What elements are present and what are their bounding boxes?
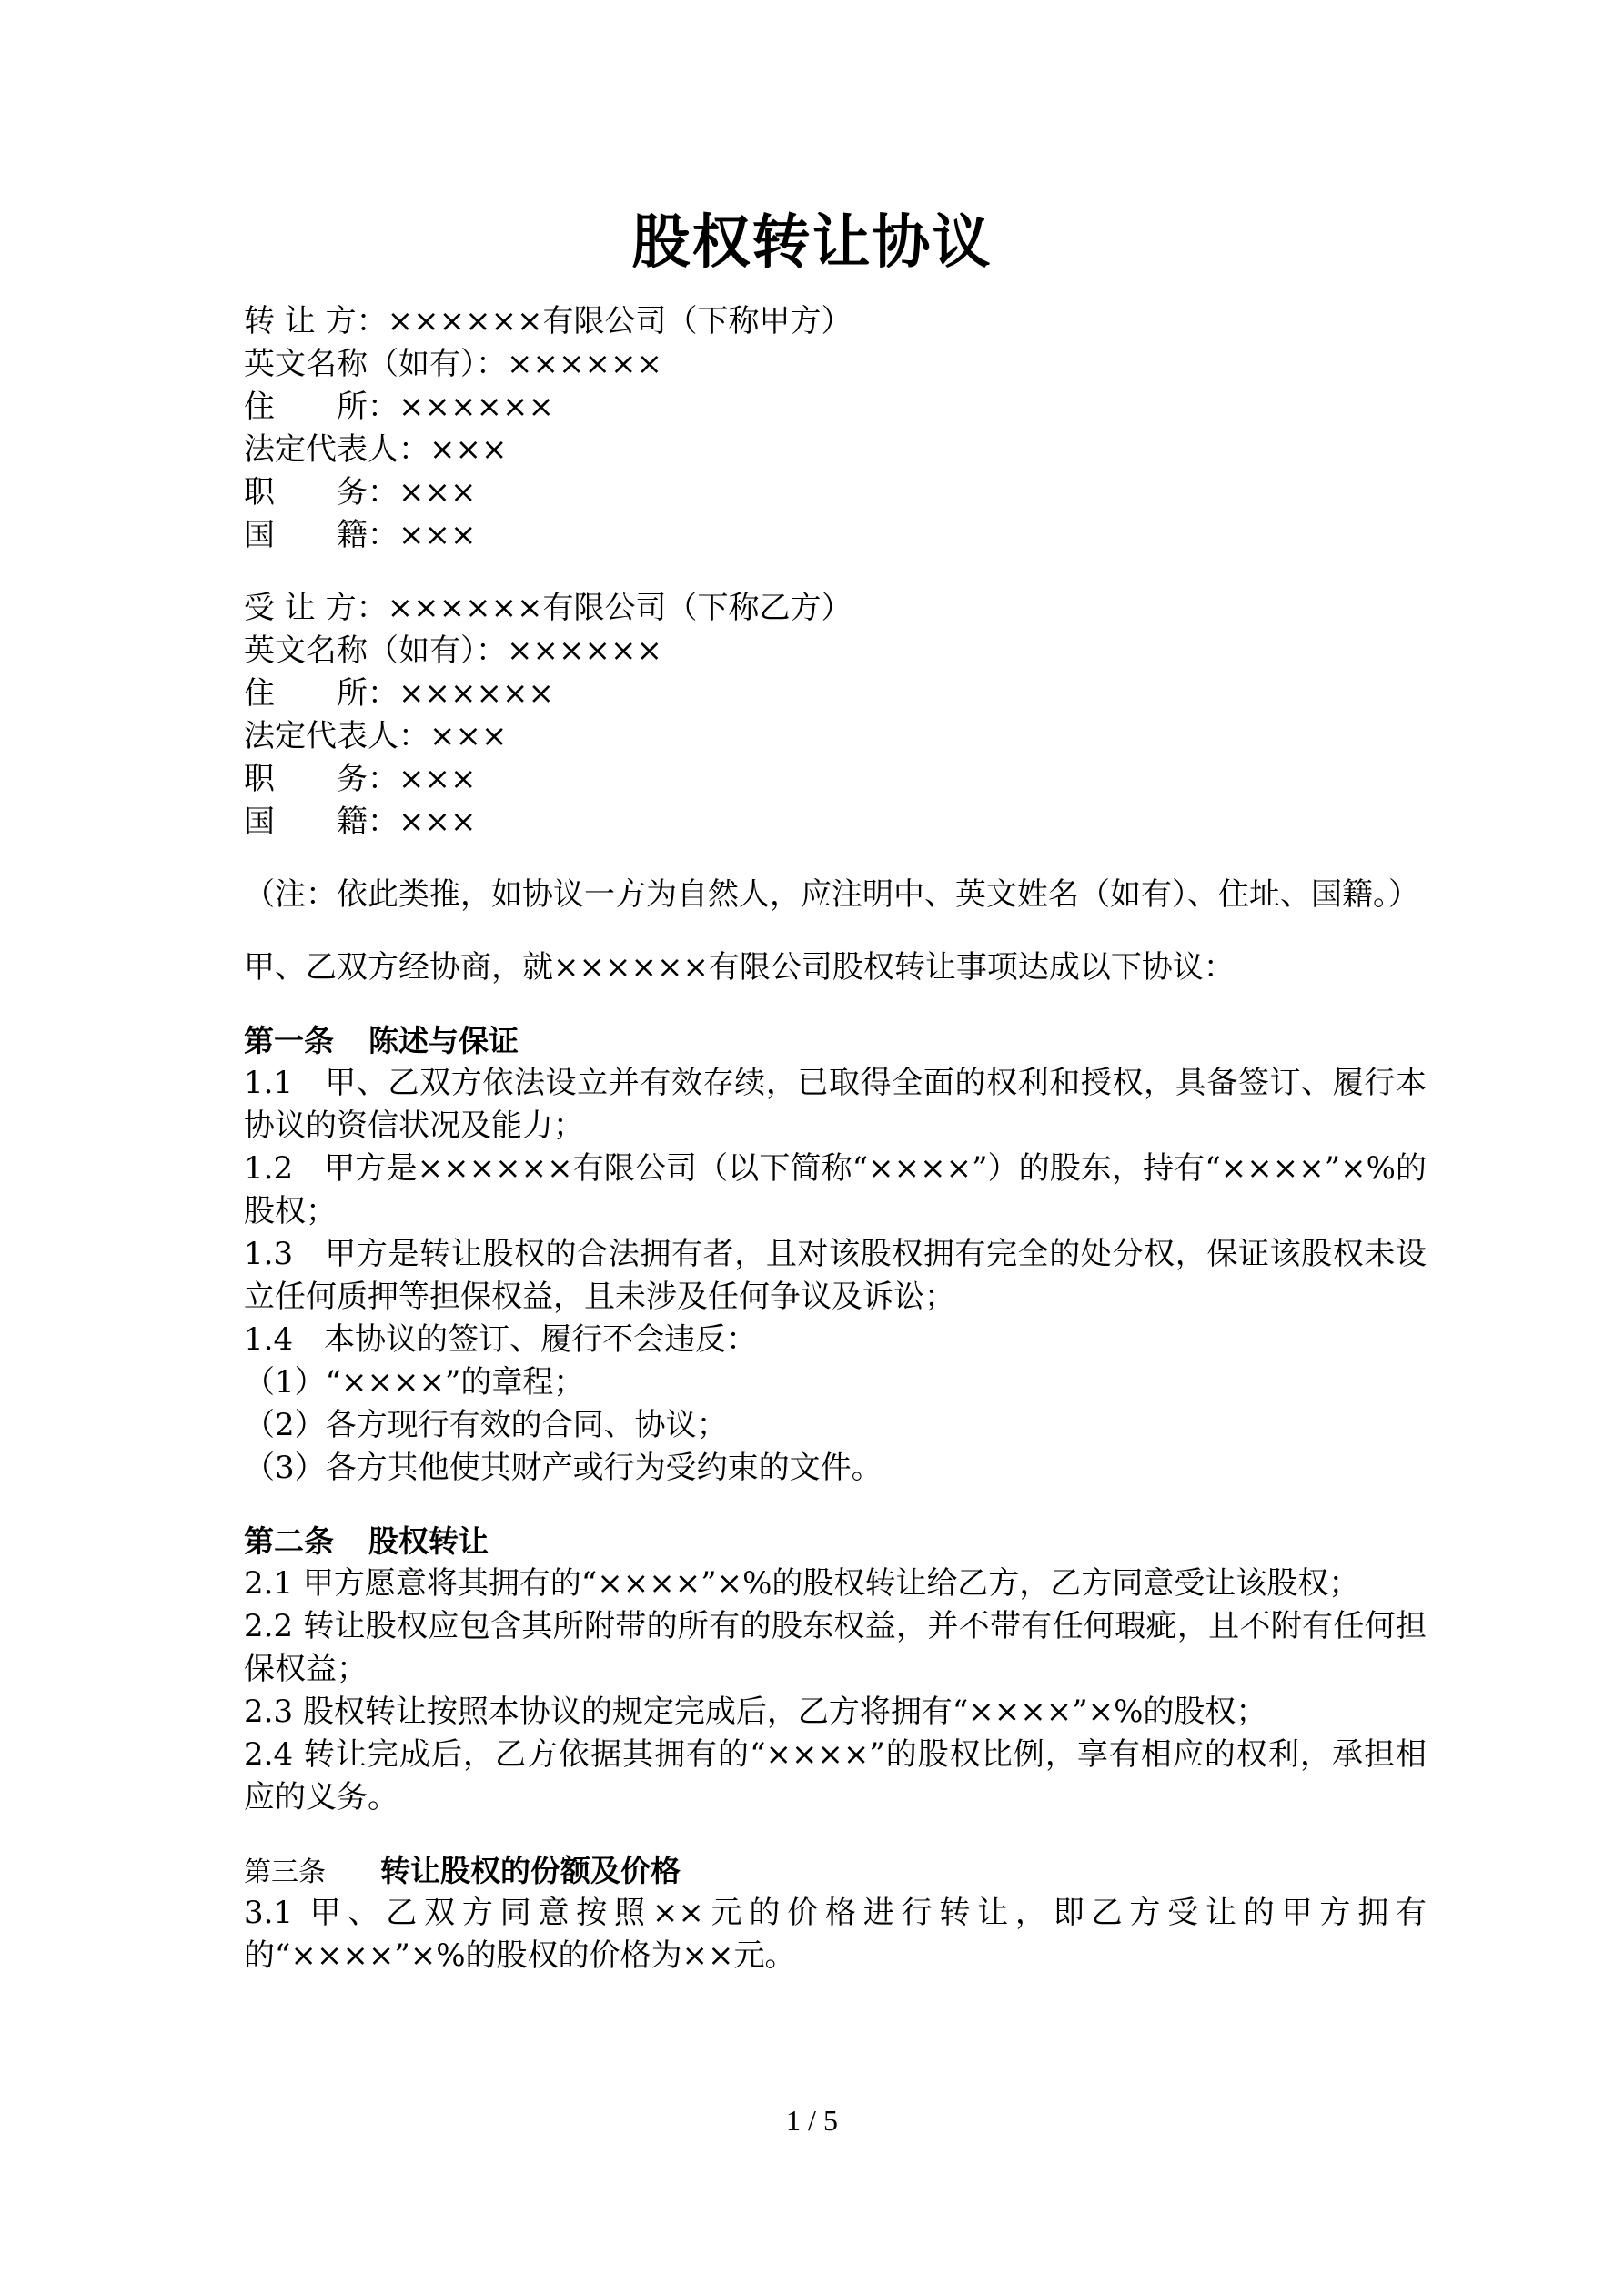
transferor-name: 转 让 方：××××××有限公司（下称甲方） <box>244 300 1427 343</box>
transferee-name: 受 让 方：××××××有限公司（下称乙方） <box>244 587 1427 630</box>
article-title: 转让股权的份额及价格 <box>380 1853 681 1888</box>
clause-1-4-item-1: （1）“××××”的章程； <box>244 1361 1427 1404</box>
article-3: 第三条转让股权的份额及价格 3.1 甲、乙双方同意按照××元的价格进行转让，即乙… <box>244 1849 1427 1977</box>
article-number: 第三条 <box>244 1856 326 1888</box>
article-heading: 第二条股权转让 <box>244 1520 1427 1563</box>
transferee-position: 职 务：××× <box>244 758 1427 801</box>
clause-2-3: 2.3 股权转让按照本协议的规定完成后，乙方将拥有“××××”×%的股权； <box>244 1691 1427 1734</box>
transferor-position: 职 务：××× <box>244 471 1427 514</box>
clause-2-2: 2.2 转让股权应包含其所附带的所有的股东权益，并不带有任何瑕疵，且不附有任何担… <box>244 1605 1427 1691</box>
clause-3-1: 3.1 甲、乙双方同意按照××元的价格进行转让，即乙方受让的甲方拥有的“××××… <box>244 1892 1427 1977</box>
transferee-legal-rep: 法定代表人：××× <box>244 715 1427 758</box>
transferor-block: 转 让 方：××××××有限公司（下称甲方） 英文名称（如有）：×××××× 住… <box>244 300 1427 557</box>
spacer <box>244 989 1427 1019</box>
transferor-address: 住 所：×××××× <box>244 386 1427 429</box>
spacer <box>244 844 1427 874</box>
transferee-address: 住 所：×××××× <box>244 673 1427 715</box>
transferee-english-name: 英文名称（如有）：×××××× <box>244 630 1427 673</box>
preamble-paragraph: 甲、乙双方经协商，就××××××有限公司股权转让事项达成以下协议： <box>244 946 1427 989</box>
article-title: 股权转让 <box>368 1523 489 1559</box>
article-title: 陈述与保证 <box>368 1023 519 1058</box>
clause-1-2: 1.2 甲方是××××××有限公司（以下简称“××××”）的股东，持有“××××… <box>244 1148 1427 1233</box>
article-heading: 第一条陈述与保证 <box>244 1019 1427 1062</box>
spacer <box>244 916 1427 946</box>
article-number: 第二条 <box>244 1523 334 1559</box>
article-2: 第二条股权转让 2.1 甲方愿意将其拥有的“××××”×%的股权转让给乙方，乙方… <box>244 1520 1427 1819</box>
clause-2-1: 2.1 甲方愿意将其拥有的“××××”×%的股权转让给乙方，乙方同意受让该股权； <box>244 1563 1427 1605</box>
document-body: 转 让 方：××××××有限公司（下称甲方） 英文名称（如有）：×××××× 住… <box>244 300 1427 1977</box>
article-number: 第一条 <box>244 1023 334 1058</box>
page-number: 1 / 5 <box>0 2104 1624 2138</box>
note-paragraph: （注：依此类推，如协议一方为自然人，应注明中、英文姓名（如有）、住址、国籍。） <box>244 874 1427 916</box>
transferee-block: 受 让 方：××××××有限公司（下称乙方） 英文名称（如有）：×××××× 住… <box>244 587 1427 844</box>
clause-1-3: 1.3 甲方是转让股权的合法拥有者，且对该股权拥有完全的处分权，保证该股权未设立… <box>244 1233 1427 1319</box>
clause-1-1: 1.1 甲、乙双方依法设立并有效存续，已取得全面的权利和授权，具备签订、履行本协… <box>244 1062 1427 1148</box>
clause-1-4: 1.4 本协议的签订、履行不会违反： <box>244 1319 1427 1361</box>
document-page: 股权转让协议 转 让 方：××××××有限公司（下称甲方） 英文名称（如有）：×… <box>0 0 1624 2296</box>
article-1: 第一条陈述与保证 1.1 甲、乙双方依法设立并有效存续，已取得全面的权利和授权，… <box>244 1019 1427 1490</box>
clause-2-4: 2.4 转让完成后，乙方依据其拥有的“××××”的股权比例，享有相应的权利，承担… <box>244 1734 1427 1819</box>
clause-1-4-item-3: （3）各方其他使其财产或行为受约束的文件。 <box>244 1447 1427 1490</box>
transferee-nationality: 国 籍：××× <box>244 801 1427 844</box>
transferor-nationality: 国 籍：××× <box>244 514 1427 557</box>
document-title: 股权转让协议 <box>0 196 1624 279</box>
spacer <box>244 557 1427 587</box>
transferor-english-name: 英文名称（如有）：×××××× <box>244 343 1427 386</box>
spacer <box>244 1490 1427 1520</box>
clause-1-4-item-2: （2）各方现行有效的合同、协议； <box>244 1404 1427 1447</box>
transferor-legal-rep: 法定代表人：××× <box>244 429 1427 471</box>
article-heading: 第三条转让股权的份额及价格 <box>244 1849 1427 1892</box>
spacer <box>244 1819 1427 1849</box>
